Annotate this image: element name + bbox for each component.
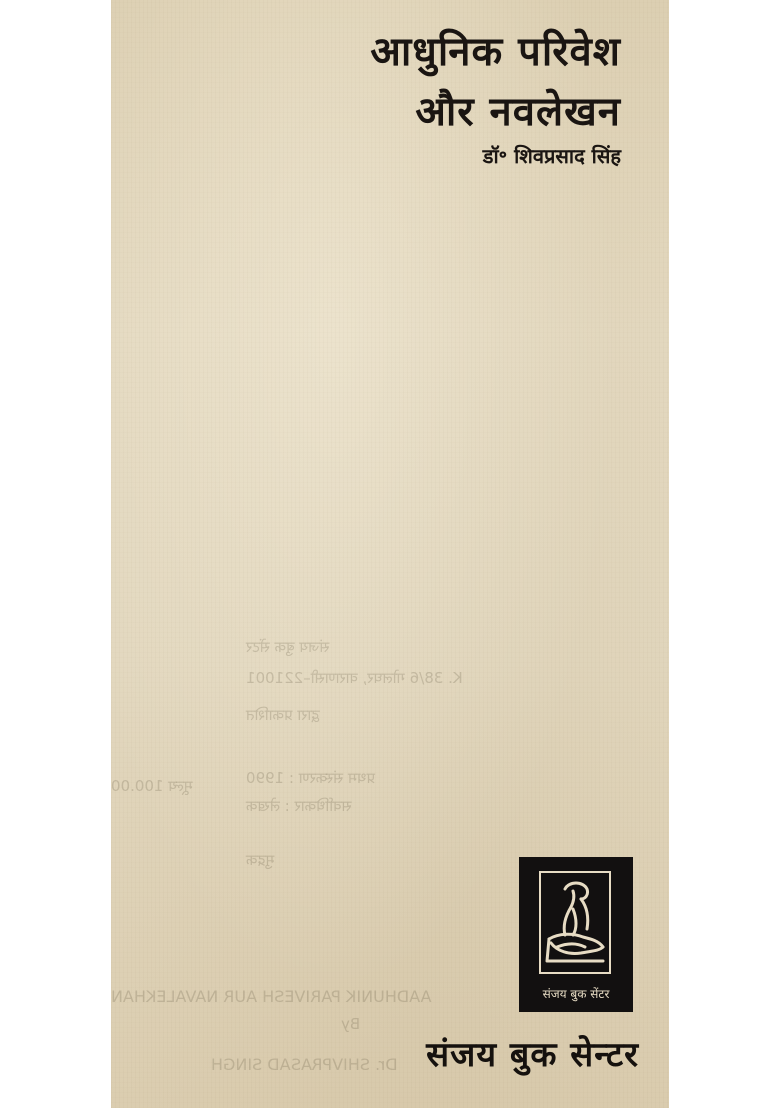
show-through-text: संजय बुक सेंटर: [246, 637, 329, 657]
seated-reading-figure-icon: [543, 877, 607, 969]
show-through-text: मुद्रक: [246, 850, 274, 870]
book-title-line-1: आधुनिक परिवेश: [370, 22, 621, 77]
show-through-text: द्वारा प्रकाशित: [246, 705, 320, 725]
show-through-text: प्रथम संस्करण : 1990: [246, 768, 375, 788]
show-through-text: Dr. SHIVPRASAD SINGH: [211, 1055, 398, 1074]
show-through-text: सर्वाधिकार : लेखक: [246, 796, 352, 816]
publisher-logo: संजय बुक सेंटर: [519, 857, 633, 1012]
publisher-name: संजय बुक सेन्टर: [426, 1030, 639, 1076]
book-title-line-2: और नवलेखन: [415, 82, 621, 137]
title-page: आधुनिक परिवेश और नवलेखन डॉ॰ शिवप्रसाद सि…: [111, 0, 669, 1108]
author-name: डॉ॰ शिवप्रसाद सिंह: [483, 142, 621, 169]
show-through-text: By: [341, 1015, 360, 1033]
show-through-text: AADHUNIK PARIVESH AUR NAVALEKHAN: [111, 987, 431, 1006]
show-through-text: मूल्य 100.00: [111, 776, 193, 796]
logo-text: संजय बुक सेंटर: [519, 985, 633, 1002]
show-through-text: K. 38/6 गोलघर, वाराणसी–221001: [246, 668, 463, 688]
logo-frame: [539, 871, 611, 974]
